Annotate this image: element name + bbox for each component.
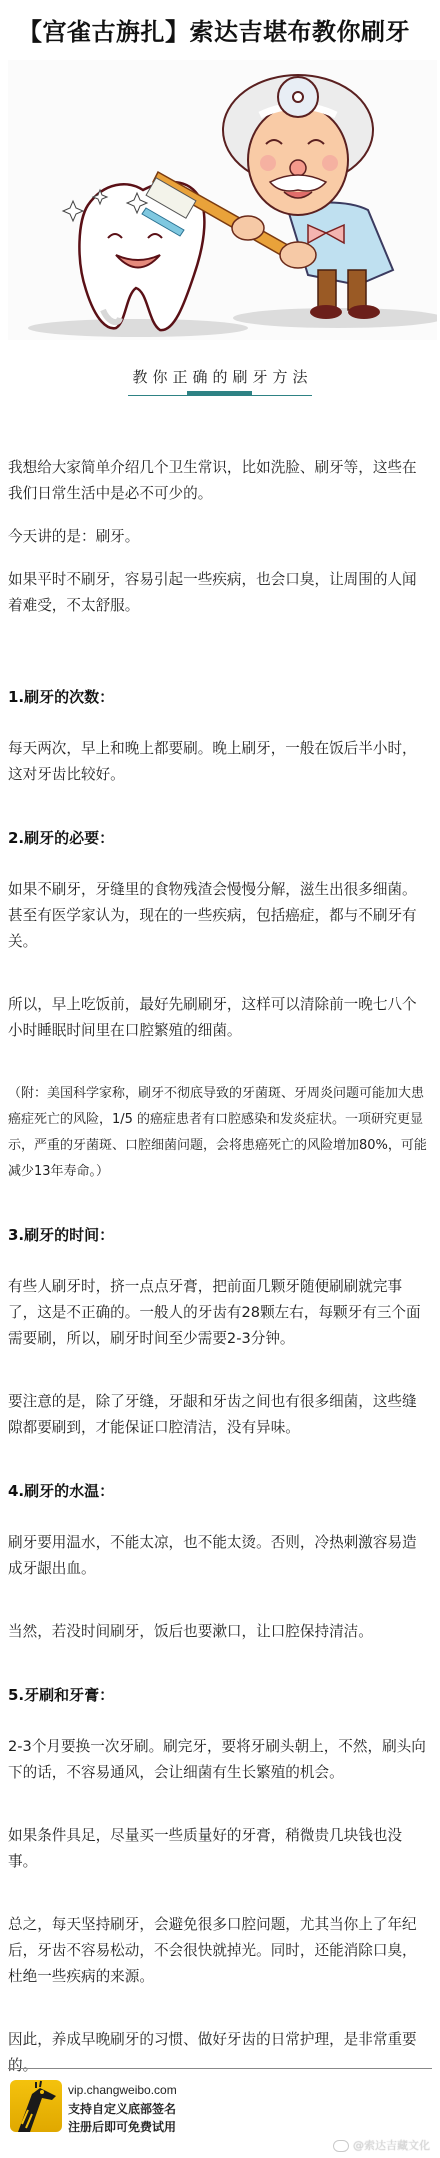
body-paragraph: 如果不刷牙，牙缝里的食物残渣会慢慢分解，滋生出很多细菌。甚至有医学家认为，现在的… [8,877,428,955]
dentist-brushing-tooth-illustration [8,60,437,340]
body-paragraph: 当然，若没时间刷牙，饭后也要漱口，让口腔保持清洁。 [8,1619,428,1645]
section-heading-underline [128,395,312,396]
body-paragraph: 要注意的是，除了牙缝，牙龈和牙齿之间也有很多细菌，这些缝隙都要刷到，才能保证口腔… [8,1389,428,1441]
body-paragraph: 刷牙要用温水，不能太凉，也不能太烫。否则，冷热刺激容易造成牙龈出血。 [8,1530,428,1582]
intro-paragraph: 我想给大家简单介绍几个卫生常识，比如洗脸、刷牙等，这些在我们日常生活中是必不可少… [8,455,428,507]
footer-line-2: 注册后即可免费试用 [68,2118,176,2135]
article-title: 【宫雀古旃扎】索达吉堪布教你刷牙 [18,12,410,47]
section-heading: 教你正确的刷牙方法 [0,366,440,387]
footer-signature: vip.changweibo.com 支持自定义底部签名 注册后即可免费试用 [8,2068,432,2069]
body-paragraph: 2-3个月要换一次牙刷。刷完牙，要将牙刷头朝上，不然，刷头向下的话，不容易通风，… [8,1734,428,1786]
watermark-text: @索达吉藏文化 [353,2139,430,2152]
intro-paragraph: 今天讲的是：刷牙。 [8,524,428,550]
body-paragraph: 所以，早上吃饭前，最好先刷刷牙，这样可以清除前一晚七八个小时睡眠时间里在口腔繁殖… [8,992,428,1044]
section-heading-4: 4.刷牙的水温： [8,1478,428,1504]
body-paragraph: 如果条件具足，尽量买一些质量好的牙膏，稍微贵几块钱也没事。 [8,1823,428,1875]
section-heading-1: 1.刷牙的次数： [8,684,428,710]
article-body: 我想给大家简单介绍几个卫生常识，比如洗脸、刷牙等，这些在我们日常生活中是必不可少… [8,455,428,2096]
body-paragraph: 总之，每天坚持刷牙，会避免很多口腔问题，尤其当你上了年纪后，牙齿不容易松动，不会… [8,1912,428,1990]
section-heading-3: 3.刷牙的时间： [8,1222,428,1248]
body-paragraph: 因此，养成早晚刷牙的习惯、做好牙齿的日常护理，是非常重要的。 [8,2027,428,2079]
footer-url-link[interactable]: vip.changweibo.com [68,2083,177,2097]
weibo-icon [333,2140,349,2152]
body-paragraph: 每天两次，早上和晚上都要刷。晚上刷牙，一般在饭后半小时，这对牙齿比较好。 [8,736,428,788]
footer-line-1: 支持自定义底部签名 [68,2100,176,2117]
section-heading-2: 2.刷牙的必要： [8,825,428,851]
footer-divider [8,2068,432,2069]
section-heading-accent-bar [187,391,252,395]
intro-paragraph: 如果平时不刷牙，容易引起一些疾病，也会口臭，让周围的人闻着难受，不太舒服。 [8,567,428,619]
section-heading-5: 5.牙刷和牙膏： [8,1682,428,1708]
weibo-watermark: @索达吉藏文化 [333,2137,430,2153]
body-paragraph: 有些人刷牙时，挤一点点牙膏，把前面几颗牙随便刷刷就完事了，这是不正确的。一般人的… [8,1274,428,1352]
note-paragraph: （附：美国科学家称，刷牙不彻底导致的牙菌斑、牙周炎问题可能加大患癌症死亡的风险，… [8,1081,428,1185]
section-heading-text: 教你正确的刷牙方法 [127,366,312,387]
giraffe-logo-icon[interactable] [10,2080,62,2132]
